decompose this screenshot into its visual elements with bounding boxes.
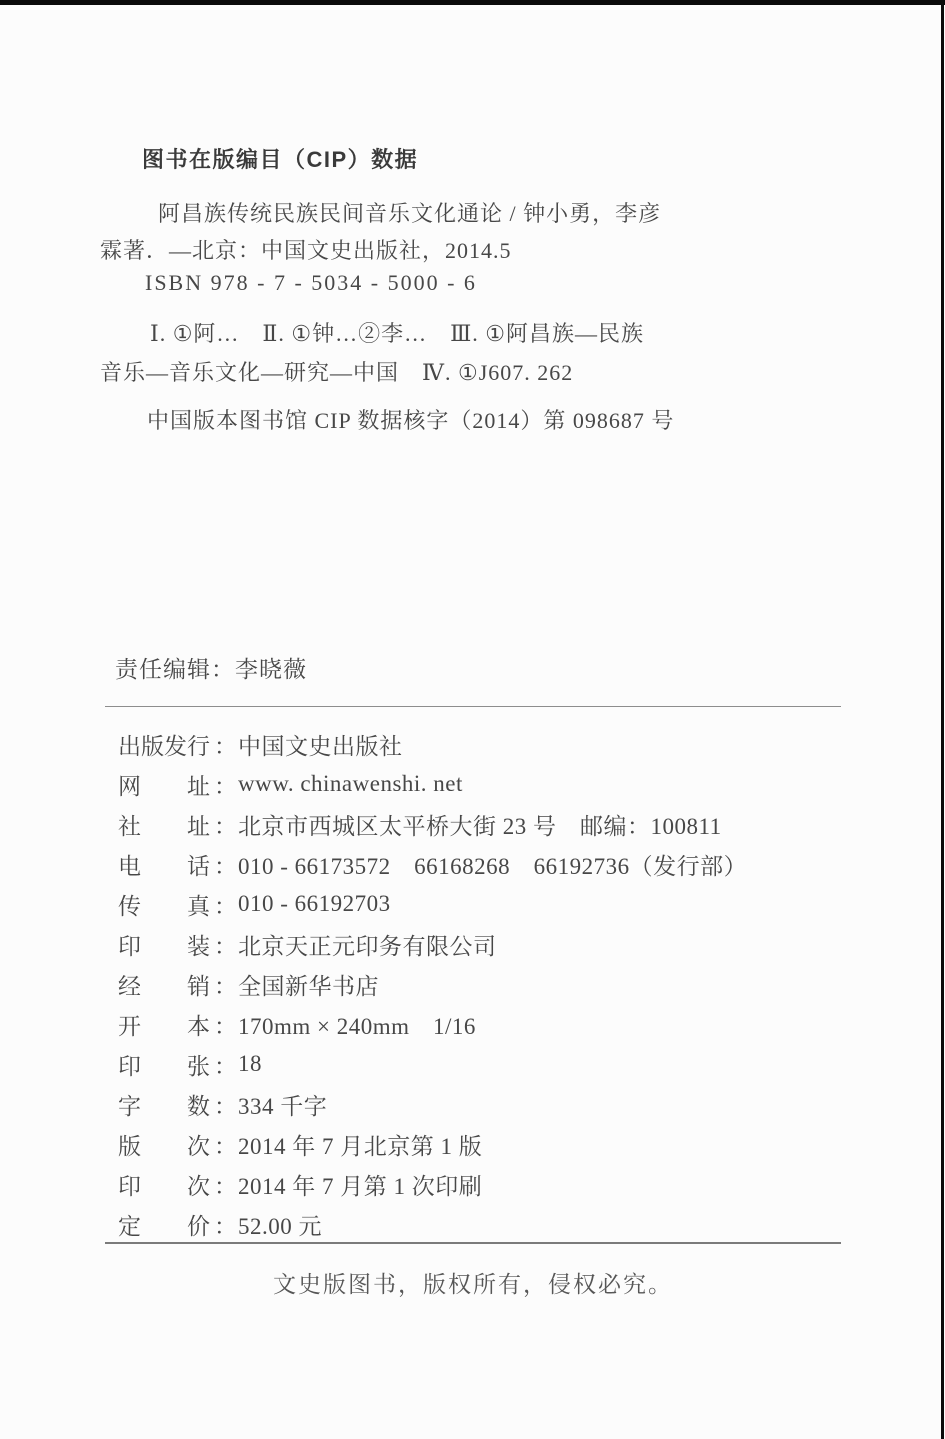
row-label: 印 张 [118, 1048, 214, 1081]
row-value: 010 - 66173572 66168268 66192736（发行部） [238, 848, 747, 881]
row-colon: ： [214, 728, 238, 761]
table-row-distributor: 经 销：全国新华书店 [118, 964, 878, 1004]
cip-title-line-2: 霖著．—北京：中国文史出版社，2014.5 [100, 234, 512, 265]
row-label: 印 装 [118, 928, 214, 961]
row-colon: ： [214, 848, 238, 881]
scan-edge-top-artifact [0, 0, 945, 5]
scanned-copyright-page: 图书在版编目（CIP）数据 阿昌族传统民族民间音乐文化通论 / 钟小勇，李彦 霖… [0, 0, 945, 1439]
cip-isbn-line: ISBN 978 - 7 - 5034 - 5000 - 6 [145, 270, 477, 296]
row-value: 北京市西城区太平桥大街 23 号 邮编：100811 [238, 808, 722, 841]
row-colon: ： [214, 928, 238, 961]
editor-name: 李晓薇 [235, 657, 307, 682]
row-value: 010 - 66192703 [238, 891, 391, 917]
table-row-publisher: 出版发行：中国文史出版社 [118, 724, 878, 764]
row-colon: ： [214, 968, 238, 1001]
row-label: 传 真 [118, 888, 214, 921]
row-value: 2014 年 7 月北京第 1 版 [238, 1128, 482, 1161]
cip-classification-line-1: Ⅰ. ①阿… Ⅱ. ①钟…②李… Ⅲ. ①阿昌族—民族 [150, 317, 644, 348]
row-label: 出版发行 [118, 728, 214, 761]
cip-classification-line-2: 音乐—音乐文化—研究—中国 Ⅳ. ①J607. 262 [100, 356, 573, 387]
row-label: 开 本 [118, 1008, 214, 1041]
row-label: 印 次 [118, 1168, 214, 1201]
responsible-editor-line: 责任编辑：李晓薇 [115, 651, 307, 684]
row-label: 字 数 [118, 1088, 214, 1121]
row-value: www. chinawenshi. net [238, 771, 463, 797]
cip-heading: 图书在版编目（CIP）数据 [142, 143, 418, 174]
table-row-price: 定 价：52.00 元 [118, 1204, 878, 1244]
row-colon: ： [214, 1168, 238, 1201]
table-row-printing: 印 次：2014 年 7 月第 1 次印刷 [118, 1164, 878, 1204]
row-colon: ： [214, 808, 238, 841]
row-value: 334 千字 [238, 1088, 327, 1121]
divider-line-top [105, 706, 841, 707]
row-colon: ： [214, 1208, 238, 1241]
row-value: 北京天正元印务有限公司 [238, 928, 497, 961]
cip-record-number-line: 中国版本图书馆 CIP 数据核字（2014）第 098687 号 [147, 404, 674, 435]
divider-line-bottom [105, 1242, 841, 1244]
row-value: 中国文史出版社 [238, 728, 403, 761]
row-label: 经 销 [118, 968, 214, 1001]
editor-colon: ： [211, 657, 235, 682]
row-colon: ： [214, 888, 238, 921]
row-colon: ： [214, 1088, 238, 1121]
row-label: 电 话 [118, 848, 214, 881]
row-colon: ： [214, 1008, 238, 1041]
row-label: 社 址 [118, 808, 214, 841]
scan-edge-right-artifact [941, 0, 944, 1439]
row-value: 18 [238, 1051, 262, 1077]
row-colon: ： [214, 1128, 238, 1161]
row-label: 网 址 [118, 768, 214, 801]
row-colon: ： [214, 1048, 238, 1081]
row-value: 170mm × 240mm 1/16 [238, 1008, 476, 1041]
row-value: 全国新华书店 [238, 968, 379, 1001]
table-row-fax: 传 真：010 - 66192703 [118, 884, 878, 924]
row-colon: ： [214, 768, 238, 801]
table-row-address: 社 址：北京市西城区太平桥大街 23 号 邮编：100811 [118, 804, 878, 844]
table-row-format: 开 本：170mm × 240mm 1/16 [118, 1004, 878, 1044]
copyright-notice: 文史版图书，版权所有，侵权必究。 [105, 1266, 841, 1299]
row-label: 版 次 [118, 1128, 214, 1161]
editor-label: 责任编辑 [115, 657, 211, 682]
row-value: 52.00 元 [238, 1208, 322, 1241]
table-row-phone: 电 话：010 - 66173572 66168268 66192736（发行部… [118, 844, 878, 884]
table-row-website: 网 址：www. chinawenshi. net [118, 764, 878, 804]
cip-title-line-1: 阿昌族传统民族民间音乐文化通论 / 钟小勇，李彦 [158, 197, 661, 228]
table-row-printer: 印 装：北京天正元印务有限公司 [118, 924, 878, 964]
row-value: 2014 年 7 月第 1 次印刷 [238, 1168, 482, 1201]
publishing-info-table: 出版发行：中国文史出版社 网 址：www. chinawenshi. net 社… [118, 724, 878, 1244]
table-row-word-count: 字 数：334 千字 [118, 1084, 878, 1124]
table-row-edition: 版 次：2014 年 7 月北京第 1 版 [118, 1124, 878, 1164]
row-label: 定 价 [118, 1208, 214, 1241]
table-row-sheets: 印 张：18 [118, 1044, 878, 1084]
